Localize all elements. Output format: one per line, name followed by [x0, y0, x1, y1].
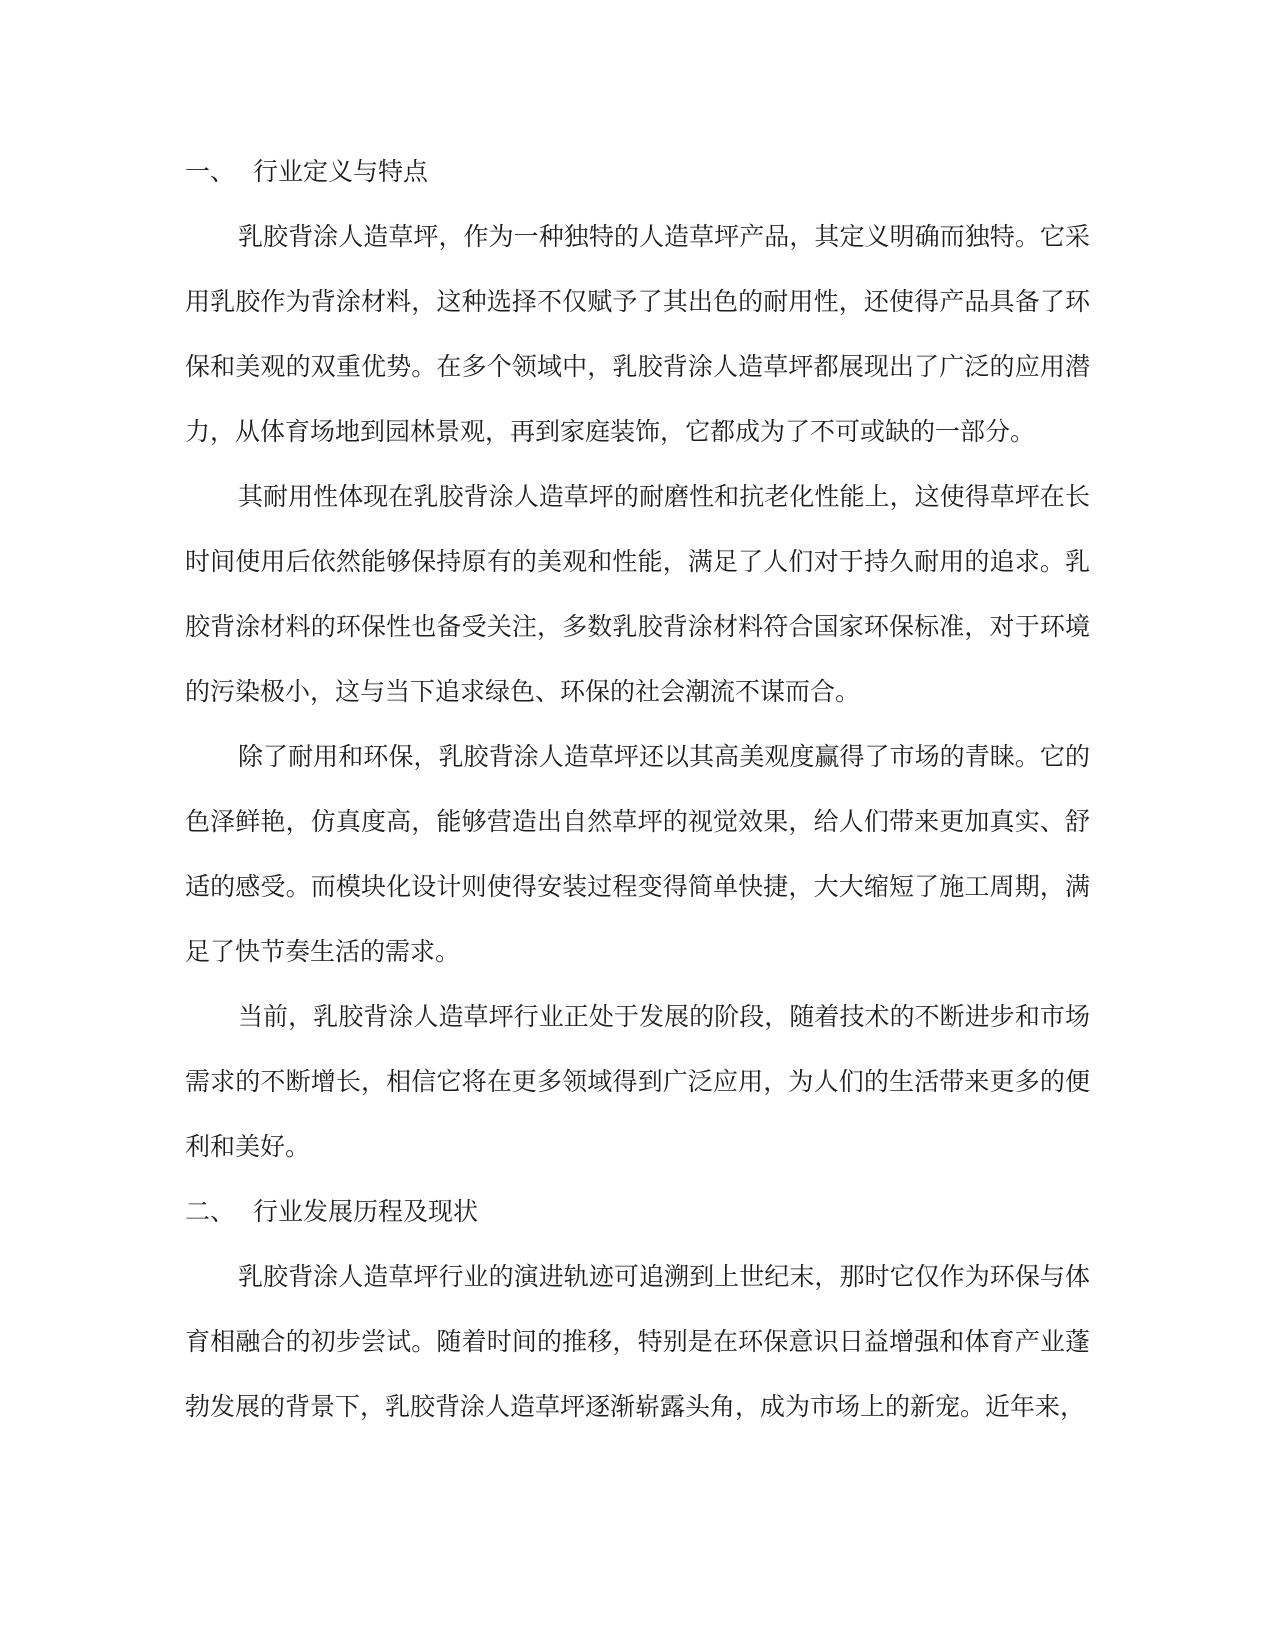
body-paragraph-5: 乳胶背涂人造草坪行业的演进轨迹可追溯到上世纪末，那时它仅作为环保与体育相融合的初…	[185, 1245, 1090, 1440]
body-paragraph-3: 除了耐用和环保，乳胶背涂人造草坪还以其高美观度赢得了市场的青睐。它的色泽鲜艳，仿…	[185, 725, 1090, 985]
document-text-area: 一、行业定义与特点 乳胶背涂人造草坪，作为一种独特的人造草坪产品，其定义明确而独…	[185, 140, 1090, 1440]
section-heading-2-text: 行业发展历程及现状	[253, 1198, 478, 1226]
body-paragraph-2: 其耐用性体现在乳胶背涂人造草坪的耐磨性和抗老化性能上，这使得草坪在长时间使用后依…	[185, 465, 1090, 725]
section-heading-1: 一、行业定义与特点	[185, 140, 1090, 205]
section-heading-2-number: 二、	[185, 1180, 235, 1245]
body-paragraph-1: 乳胶背涂人造草坪，作为一种独特的人造草坪产品，其定义明确而独特。它采用乳胶作为背…	[185, 205, 1090, 465]
body-paragraph-4: 当前，乳胶背涂人造草坪行业正处于发展的阶段，随着技术的不断进步和市场需求的不断增…	[185, 985, 1090, 1180]
section-heading-2: 二、行业发展历程及现状	[185, 1180, 1090, 1245]
section-heading-1-number: 一、	[185, 140, 235, 205]
section-heading-1-text: 行业定义与特点	[253, 158, 428, 186]
document-page: 一、行业定义与特点 乳胶背涂人造草坪，作为一种独特的人造草坪产品，其定义明确而独…	[0, 0, 1275, 1650]
